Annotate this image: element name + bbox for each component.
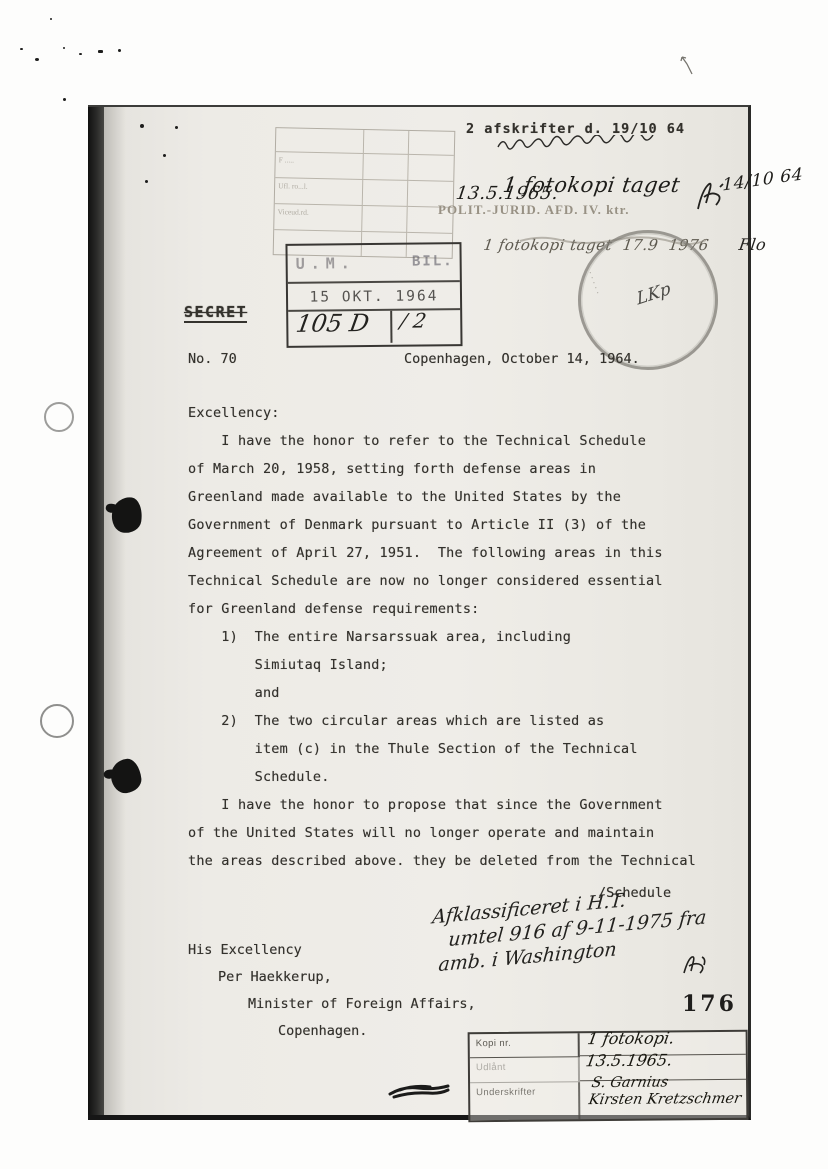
copy-table-label: Udlånt (470, 1057, 580, 1083)
journal-number-cell: 105 D (288, 311, 392, 344)
journal-number-row: 105 D / 2 (288, 310, 460, 344)
journal-stamp-box: U.M. BIL. 15 OKT. 1964 105 D / 2 (285, 242, 462, 348)
journal-suffix-handwritten: / 2 (398, 308, 428, 332)
journal-stamp-header: U.M. BIL. (287, 244, 459, 284)
fotokopi-1964-date: 14/10 64 (722, 165, 803, 196)
address-line: His Excellency (188, 942, 302, 958)
registry-cell (363, 154, 409, 181)
fotokopi-1976-initials: Flo (738, 235, 768, 254)
scan-speck (118, 49, 121, 52)
scan-speck (35, 58, 39, 61)
journal-org-right: BIL. (412, 253, 454, 269)
stray-pencil-mark (678, 55, 694, 75)
copy-table-label: Underskrifter (470, 1082, 580, 1120)
archive-page-number: 176 (682, 991, 737, 1017)
scan-speck (63, 47, 65, 49)
journal-org-left: U.M. (296, 254, 356, 273)
letter-body: Excellency: I have the honor to refer to… (188, 399, 696, 875)
illegible-initials-scribble (680, 953, 710, 979)
registry-cell (408, 181, 454, 208)
journal-number-handwritten: 105 D (294, 309, 371, 338)
classification-label-struck: SECRET (184, 303, 247, 323)
scan-speck (98, 50, 103, 53)
binding-edge-shadow (88, 107, 104, 1115)
scanned-letter-canvas: 2 afskrifter d. 19/10 64 1 fotokopi tage… (0, 0, 828, 1169)
copy-table-entry: 1 fotokopi. (586, 1028, 676, 1048)
scan-speck (63, 98, 66, 101)
scan-speck (140, 124, 144, 128)
registry-cell (276, 128, 364, 154)
document-page: 2 afskrifter d. 19/10 64 1 fotokopi tage… (88, 105, 751, 1120)
department-stamp: POLIT.-JURID. AFD. IV. ktr. (438, 202, 629, 218)
declassification-note: Afklassificeret i H.T. umtel 916 af 9-11… (415, 883, 709, 978)
copy-table-entry: 13.5.1965. (584, 1050, 674, 1070)
copy-table-label: Kopi nr. (470, 1033, 580, 1058)
handwritten-date-1965: 13.5.1965. (455, 183, 560, 204)
copy-registration-table: Kopi nr. Udlånt Underskrifter 1 fotokopi… (468, 1030, 749, 1122)
stamp-initials: LKp (636, 279, 672, 310)
punch-hole (44, 402, 74, 432)
registry-cell (407, 207, 453, 234)
scan-speck (20, 48, 23, 50)
letter-number: No. 70 (188, 351, 237, 367)
address-line: Per Haekkerup, (218, 969, 332, 985)
registry-cell (364, 130, 409, 155)
registry-cell (363, 180, 409, 207)
scan-speck (50, 18, 52, 20)
registry-grid-stamp: F ..... Ufl. ro...l. Viceud.rd. (273, 127, 456, 259)
scan-speck (145, 180, 148, 183)
registry-cell (409, 131, 454, 156)
journal-suffix-cell: / 2 (392, 310, 460, 343)
illegible-initials-scribble (692, 181, 726, 213)
registry-row-label: Ufl. ro...l. (275, 178, 364, 206)
punch-hole (40, 704, 74, 738)
letter-dateline: Copenhagen, October 14, 1964. (404, 351, 640, 367)
registry-row-label: F ..... (275, 152, 364, 180)
copy-table-signatures: S. Garnius Kirsten Kretzschmer (587, 1074, 745, 1109)
heavy-ink-scribble (386, 1082, 452, 1100)
address-line: Minister of Foreign Affairs, (248, 996, 476, 1012)
registry-row-label: Viceud.rd. (274, 204, 363, 232)
registry-cell (408, 155, 454, 182)
scan-speck (79, 53, 82, 55)
address-line: Copenhagen. (278, 1023, 367, 1039)
registry-cell (362, 206, 408, 233)
scan-speck (175, 126, 178, 129)
received-date-stamp: 15 OKT. 1964 (288, 282, 460, 312)
scan-speck (163, 154, 166, 157)
stamp-rim-marks: ····· (584, 270, 603, 299)
